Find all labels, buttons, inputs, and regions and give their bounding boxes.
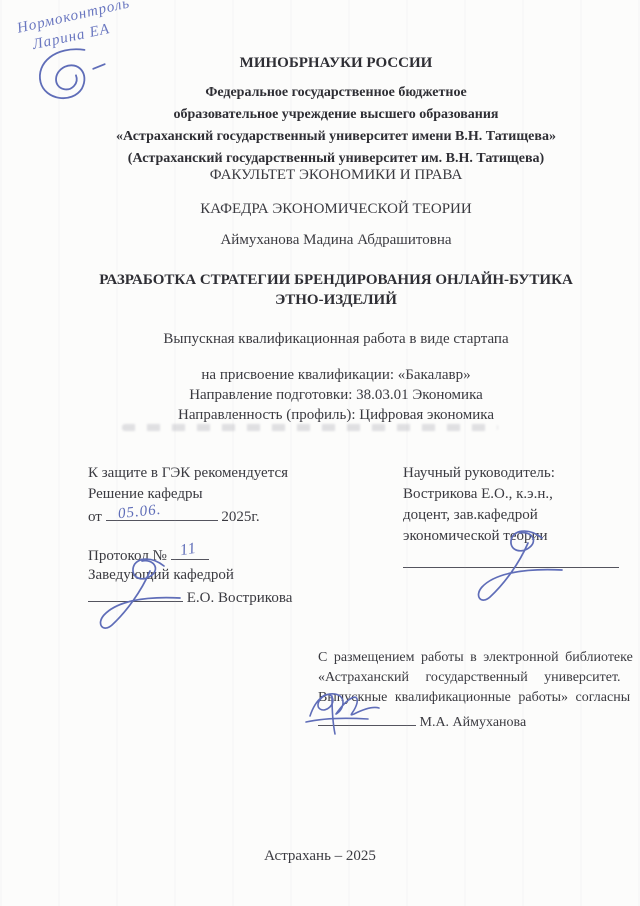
program-line: Направление подготовки: 38.03.01 Экономи… [30,385,640,405]
handwritten-date: 05.06. [117,500,162,525]
thesis-title-line: ЭТНО-ИЗДЕЛИЙ [30,290,640,310]
head-name: Е.О. Вострикова [187,590,293,606]
thesis-title-page: Нормоконтроль Ларина ЕА МИНОБРНАУКИ РОСС… [0,0,640,906]
profile-line: Направленность (профиль): Цифровая эконо… [30,405,640,425]
supervisor-signature-icon [462,522,572,610]
city-year-line: Астрахань – 2025 [0,848,640,865]
supervisor-label: Научный руководитель: [403,463,628,484]
approval-decision-line: Решение кафедры [88,484,338,505]
institution-block: Федеральное государственное бюджетное об… [30,82,640,170]
ministry-heading: МИНОБРНАУКИ РОССИИ [30,55,640,72]
author-signature-icon [302,682,402,736]
date-suffix: 2025г. [221,509,259,525]
institution-line: образовательное учреждение высшего образ… [30,104,640,126]
supervisor-line: Вострикова Е.О., к.э.н., [403,484,628,505]
consent-line: С размещением работы в электронной библи… [318,648,626,668]
work-type-line: Выпускная квалификационная работа в виде… [30,331,640,348]
thesis-title: РАЗРАБОТКА СТРАТЕГИИ БРЕНДИРОВАНИЯ ОНЛАЙ… [30,270,640,310]
spacer [88,526,338,544]
approval-recommend-line: К защите в ГЭК рекомендуется [88,463,338,484]
date-prefix: от [88,509,102,525]
department-head-signature-icon [92,552,190,634]
approval-date-line: от 05.06. 2025г. [88,505,338,526]
qualification-block: на присвоение квалификации: «Бакалавр» Н… [30,365,640,425]
faculty-line: ФАКУЛЬТЕТ ЭКОНОМИКИ И ПРАВА [30,167,640,184]
date-underline: 05.06. [106,505,218,521]
author-name: Аймуханова Мадина Абдрашитовна [30,232,640,249]
department-line: КАФЕДРА ЭКОНОМИЧЕСКОЙ ТЕОРИИ [30,201,640,218]
qualification-line: на присвоение квалификации: «Бакалавр» [30,365,640,385]
bleed-through-artifact [122,424,498,431]
thesis-title-line: РАЗРАБОТКА СТРАТЕГИИ БРЕНДИРОВАНИЯ ОНЛАЙ… [30,270,640,290]
institution-line: Федеральное государственное бюджетное [30,82,640,104]
institution-line: «Астраханский государственный университе… [30,126,640,148]
consent-signer-name: М.А. Аймуханова [420,715,527,730]
